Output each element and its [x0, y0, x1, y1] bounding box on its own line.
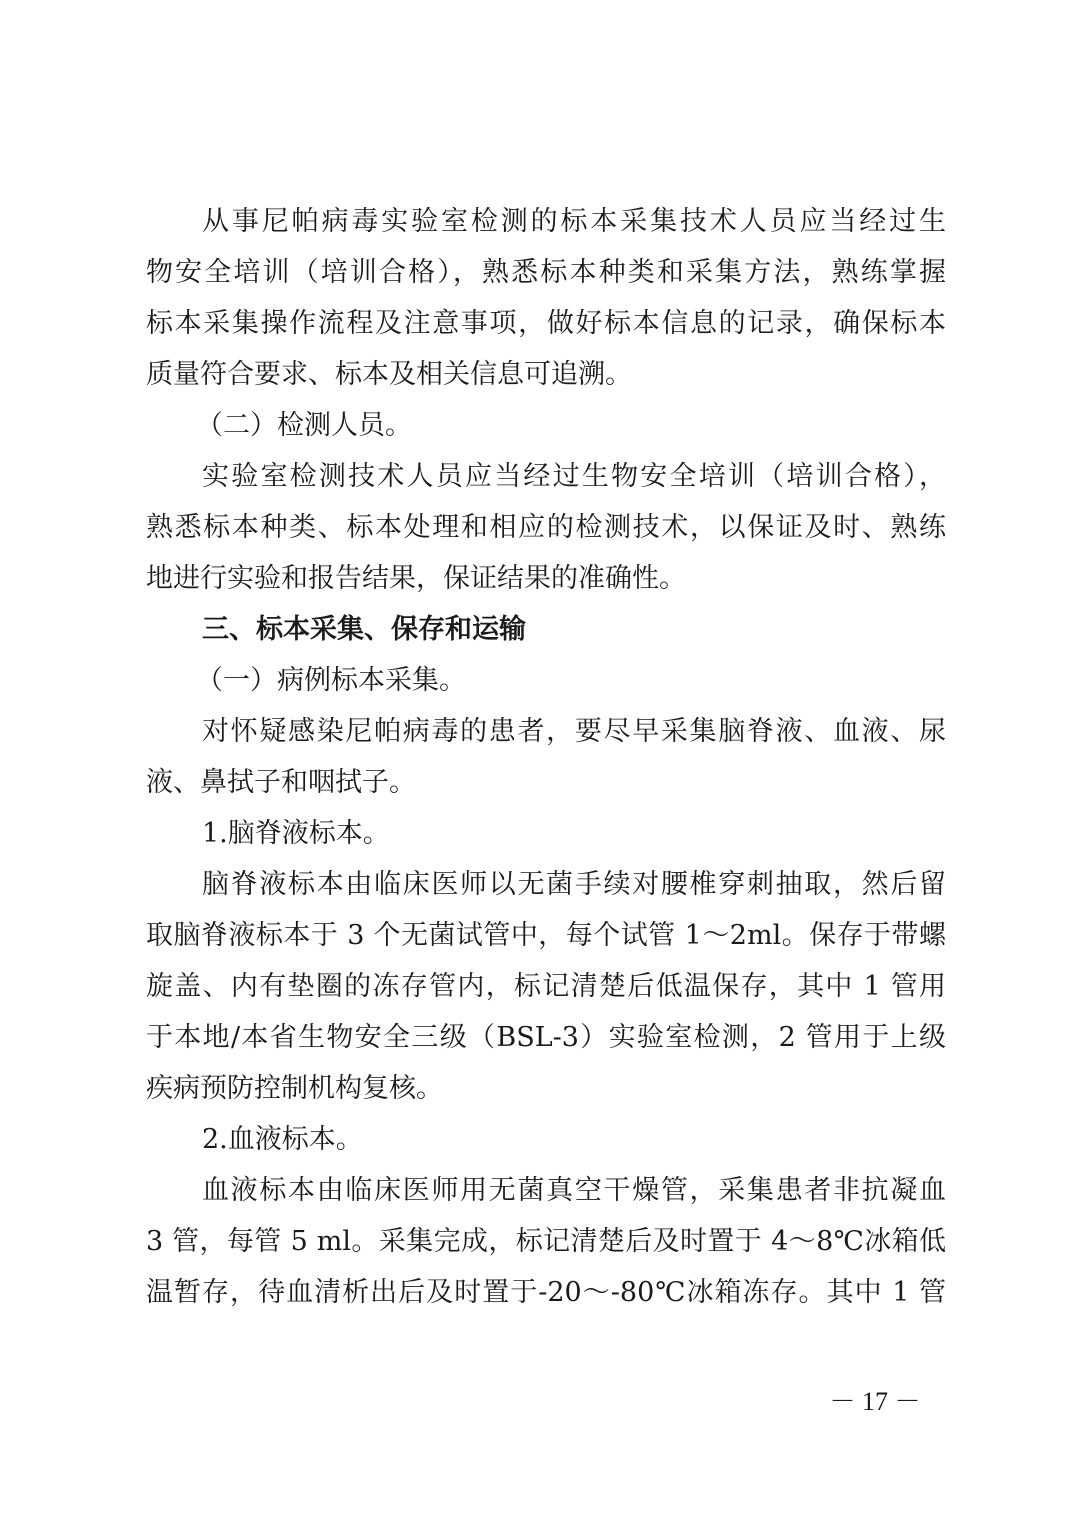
paragraph-line: 脑脊液标本由临床医师以无菌手续对腰椎穿刺抽取，然后留 [202, 865, 946, 905]
paragraph-line: 从事尼帕病毒实验室检测的标本采集技术人员应当经过生 [202, 202, 946, 242]
document-page: 从事尼帕病毒实验室检测的标本采集技术人员应当经过生 物安全培训（培训合格），熟悉… [0, 0, 1080, 1527]
paragraph-line: 于本地/本省生物安全三级（BSL-3）实验室检测，2 管用于上级 [146, 1018, 946, 1058]
paragraph-line: 疾病预防控制机构复核。 [146, 1069, 946, 1109]
paragraph-line: 血液标本由临床医师用无菌真空干燥管，采集患者非抗凝血 [202, 1171, 946, 1211]
paragraph-line: 对怀疑感染尼帕病毒的患者，要尽早采集脑脊液、血液、尿 [202, 712, 946, 752]
paragraph-line: 温暂存，待血清析出后及时置于-20～-80℃冰箱冻存。其中 1 管 [146, 1273, 946, 1313]
paragraph-line: 质量符合要求、标本及相关信息可追溯。 [146, 355, 946, 395]
paragraph-line: 实验室检测技术人员应当经过生物安全培训（培训合格）， [202, 457, 946, 497]
paragraph-line: 地进行实验和报告结果，保证结果的准确性。 [146, 559, 946, 599]
page-number: － 17 － [820, 1384, 930, 1420]
section-heading: 三、标本采集、保存和运输 [202, 610, 946, 650]
paragraph-line: 取脑脊液标本于 3 个无菌试管中，每个试管 1～2ml。保存于带螺 [146, 916, 946, 956]
paragraph-line: 熟悉标本种类、标本处理和相应的检测技术，以保证及时、熟练 [146, 508, 946, 548]
paragraph-line: 物安全培训（培训合格），熟悉标本种类和采集方法，熟练掌握 [146, 253, 946, 293]
paragraph-line: 3 管，每管 5 ml。采集完成，标记清楚后及时置于 4～8℃冰箱低 [146, 1222, 946, 1262]
paragraph-line: 液、鼻拭子和咽拭子。 [146, 763, 946, 803]
paragraph-line: 标本采集操作流程及注意事项，做好标本信息的记录，确保标本 [146, 304, 946, 344]
subheading-case-sample-collection: （一）病例标本采集。 [196, 661, 940, 701]
subheading-blood-sample: 2.血液标本。 [202, 1120, 946, 1160]
paragraph-line: 旋盖、内有垫圈的冻存管内，标记清楚后低温保存，其中 1 管用 [146, 967, 946, 1007]
subheading-inspection-staff: （二）检测人员。 [196, 406, 940, 446]
subheading-csf-sample: 1.脑脊液标本。 [202, 814, 946, 854]
